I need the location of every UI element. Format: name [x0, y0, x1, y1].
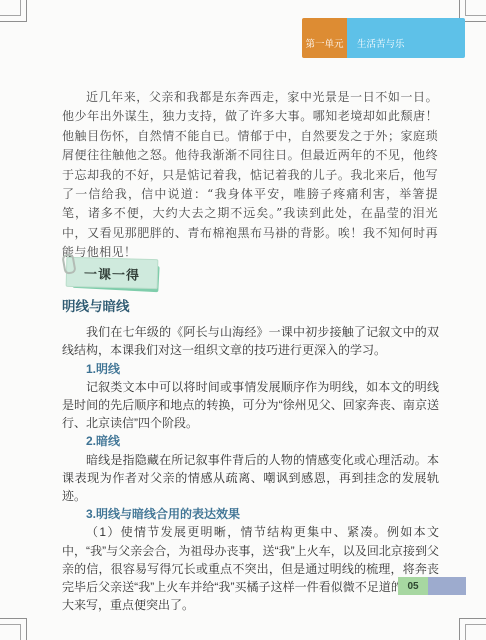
- crop-mark-bottom-left-icon: [0, 618, 27, 640]
- crop-mark-bottom-right-icon: [459, 618, 486, 640]
- subsection-heading: 3.明线与暗线合用的表达效果: [62, 505, 439, 523]
- page-footer: 05: [398, 577, 466, 595]
- subsection: 2.暗线 暗线是指隐藏在所记叙事件背后的人物的情感变化或心理活动。本课表现为作者…: [62, 432, 439, 505]
- subsection: 1.明线 记叙类文本中可以将时间或事情发展顺序作为明线，如本文的明线是时间的先后…: [62, 360, 439, 433]
- page-number-badge: 05: [398, 577, 428, 595]
- unit-title-label: 生活苦与乐: [347, 18, 465, 58]
- knowledge-section: 明线与暗线 我们在七年级的《阿长与山海经》一课中初步接触了记叙文中的双线结构，本…: [62, 298, 439, 614]
- lesson-excerpt-paragraph: 近几年来，父亲和我都是东奔西走，家中光景是一日不如一日。他少年出外谋生，独力支持…: [62, 88, 438, 263]
- badge-label: 一课一得: [84, 263, 140, 283]
- lesson-gain-badge: 一课一得: [66, 257, 176, 297]
- subsection-body: 记叙类文本中可以将时间或事情发展顺序作为明线，如本文的明线是时间的先后顺序和地点…: [62, 378, 439, 433]
- subsection-heading: 2.暗线: [62, 432, 439, 450]
- footer-color-block: [428, 577, 466, 595]
- unit-number-label: 第一单元: [302, 18, 347, 58]
- subsection-body: 暗线是指隐藏在所记叙事件背后的人物的情感变化或心理活动。本课表现为作者对父亲的情…: [62, 451, 439, 506]
- subsection-heading: 1.明线: [62, 360, 439, 378]
- section-intro: 我们在七年级的《阿长与山海经》一课中初步接触了记叙文中的双线结构，本课我们对这一…: [62, 323, 439, 359]
- badge-front-layer: 一课一得: [66, 257, 159, 289]
- subsection: 3.明线与暗线合用的表达效果 （1）使情节发展更明晰，情节结构更集中、紧凑。例如…: [62, 505, 439, 614]
- unit-header-band: 第一单元 生活苦与乐: [302, 18, 465, 58]
- section-title: 明线与暗线: [62, 298, 439, 316]
- textbook-page: 第一单元 生活苦与乐 近几年来，父亲和我都是东奔西走，家中光景是一日不如一日。他…: [0, 0, 486, 640]
- subsection-body: （1）使情节发展更明晰，情节结构更集中、紧凑。例如本文中，“我”与父亲会合，为祖…: [62, 523, 439, 614]
- crop-mark-top-left-icon: [0, 0, 27, 22]
